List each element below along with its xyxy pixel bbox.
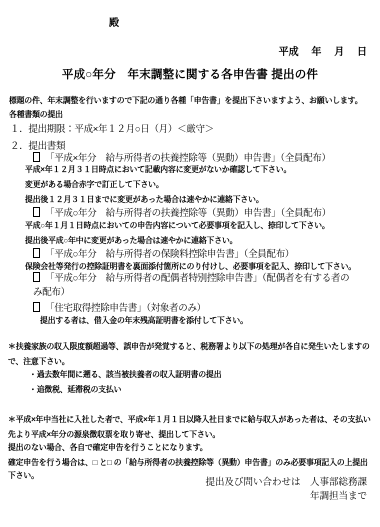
checklist-item: 「平成○年分 給与所得者の配偶者特別控除申告書」（配偶者を有する者のみ配布） [33, 272, 351, 300]
checklist-item-label: 「平成○年分 給与所得者の扶養控除等（異動）申告書」（全員配布） [45, 208, 331, 219]
intro-text: 標題の件、年末調整を行いますので下記の通り各種「申告書」を提出下さいますよう、お… [9, 95, 362, 106]
deadline-item: １．提出期限：平成×年１２月○日（月）＜厳守＞ [10, 121, 214, 135]
checklist-item: 「住宅取得控除申告書」（対象者のみ） [33, 300, 206, 314]
checklist-item-label: 「平成×年分 給与所得者の扶養控除等（異動）申告書」（全員配布） [45, 153, 331, 164]
checkbox-icon [33, 152, 40, 162]
checkbox-icon [33, 272, 40, 282]
checklist-note: 保険会社等発行の控除証明書を裏面添付箇所にのり付けし、必要事項を記入、捺印して下… [25, 261, 356, 272]
checklist-note: 提出後平成○年中に変更があった場合は速やかに連絡下さい。 [25, 235, 237, 246]
date-line: 平成 年 月 日 [279, 43, 367, 58]
checklist-note: 平成×年１２月３１日時点において記載内容に変更がないか確認して下さい。 [25, 164, 291, 175]
subheading: 各種書類の提出 [9, 109, 63, 120]
checklist-item-label: 「平成○年分 給与所得者の保険料控除申告書」（全員配布） [45, 249, 294, 260]
checklist-item-label: 「住宅取得控除申告書」（対象者のみ） [45, 303, 206, 314]
checklist-note: 平成○年１月１日時点においての申告内容について必要事項を記入し、捺印して下さい。 [25, 220, 330, 231]
checklist-item: 「平成○年分 給与所得者の扶養控除等（異動）申告書」（全員配布） [33, 205, 331, 219]
checkbox-icon [33, 207, 40, 217]
warning-paragraph: ＊平成×年中当社に入社した者で、平成×年１月１日以降入社日までに給与収入があった… [8, 412, 372, 442]
contact-line: 年調担当まで [310, 488, 367, 502]
checklist-item-label: 「平成○年分 給与所得者の配偶者特別控除申告書」（配偶者を有する者のみ配布） [33, 273, 349, 298]
checklist-item: 「平成×年分 給与所得者の扶養控除等（異動）申告書」（全員配布） [33, 150, 331, 164]
checkbox-icon [33, 302, 40, 312]
warning-paragraph: ＊扶養家族の収入限度額超過等、誤申告が発覚すると、税務署より以下の処理が各自に発… [8, 339, 372, 369]
checklist-item: 「平成○年分 給与所得者の保険料控除申告書」（全員配布） [33, 246, 294, 260]
document-page: 殿 平成 年 月 日 平成○年分 年末調整に関する各申告書 提出の件 標題の件、… [0, 0, 380, 527]
warning-bullet: ・追徴税、延滞税の支払い [29, 384, 121, 395]
checklist-note: 変更がある場合赤字で訂正して下さい。 [25, 179, 164, 190]
contact-line: 提出及び問い合わせは 人事部総務課 [205, 474, 367, 488]
warning-bullet: ・過去数年間に遡る、該当被扶養者の収入証明書の提出 [29, 369, 221, 380]
addressee-suffix: 殿 [109, 14, 119, 29]
document-title: 平成○年分 年末調整に関する各申告書 提出の件 [0, 66, 380, 82]
checklist-note: 提出後１２月３１日までに変更があった場合は速やかに連絡下さい。 [25, 194, 264, 205]
checklist-note: 提出する者は、借入金の年末残高証明書を添付して下さい。 [40, 315, 248, 326]
warning-note: 提出のない場合、各自で確定申告を行うことになります。 [8, 442, 208, 453]
checkbox-icon [33, 248, 40, 258]
